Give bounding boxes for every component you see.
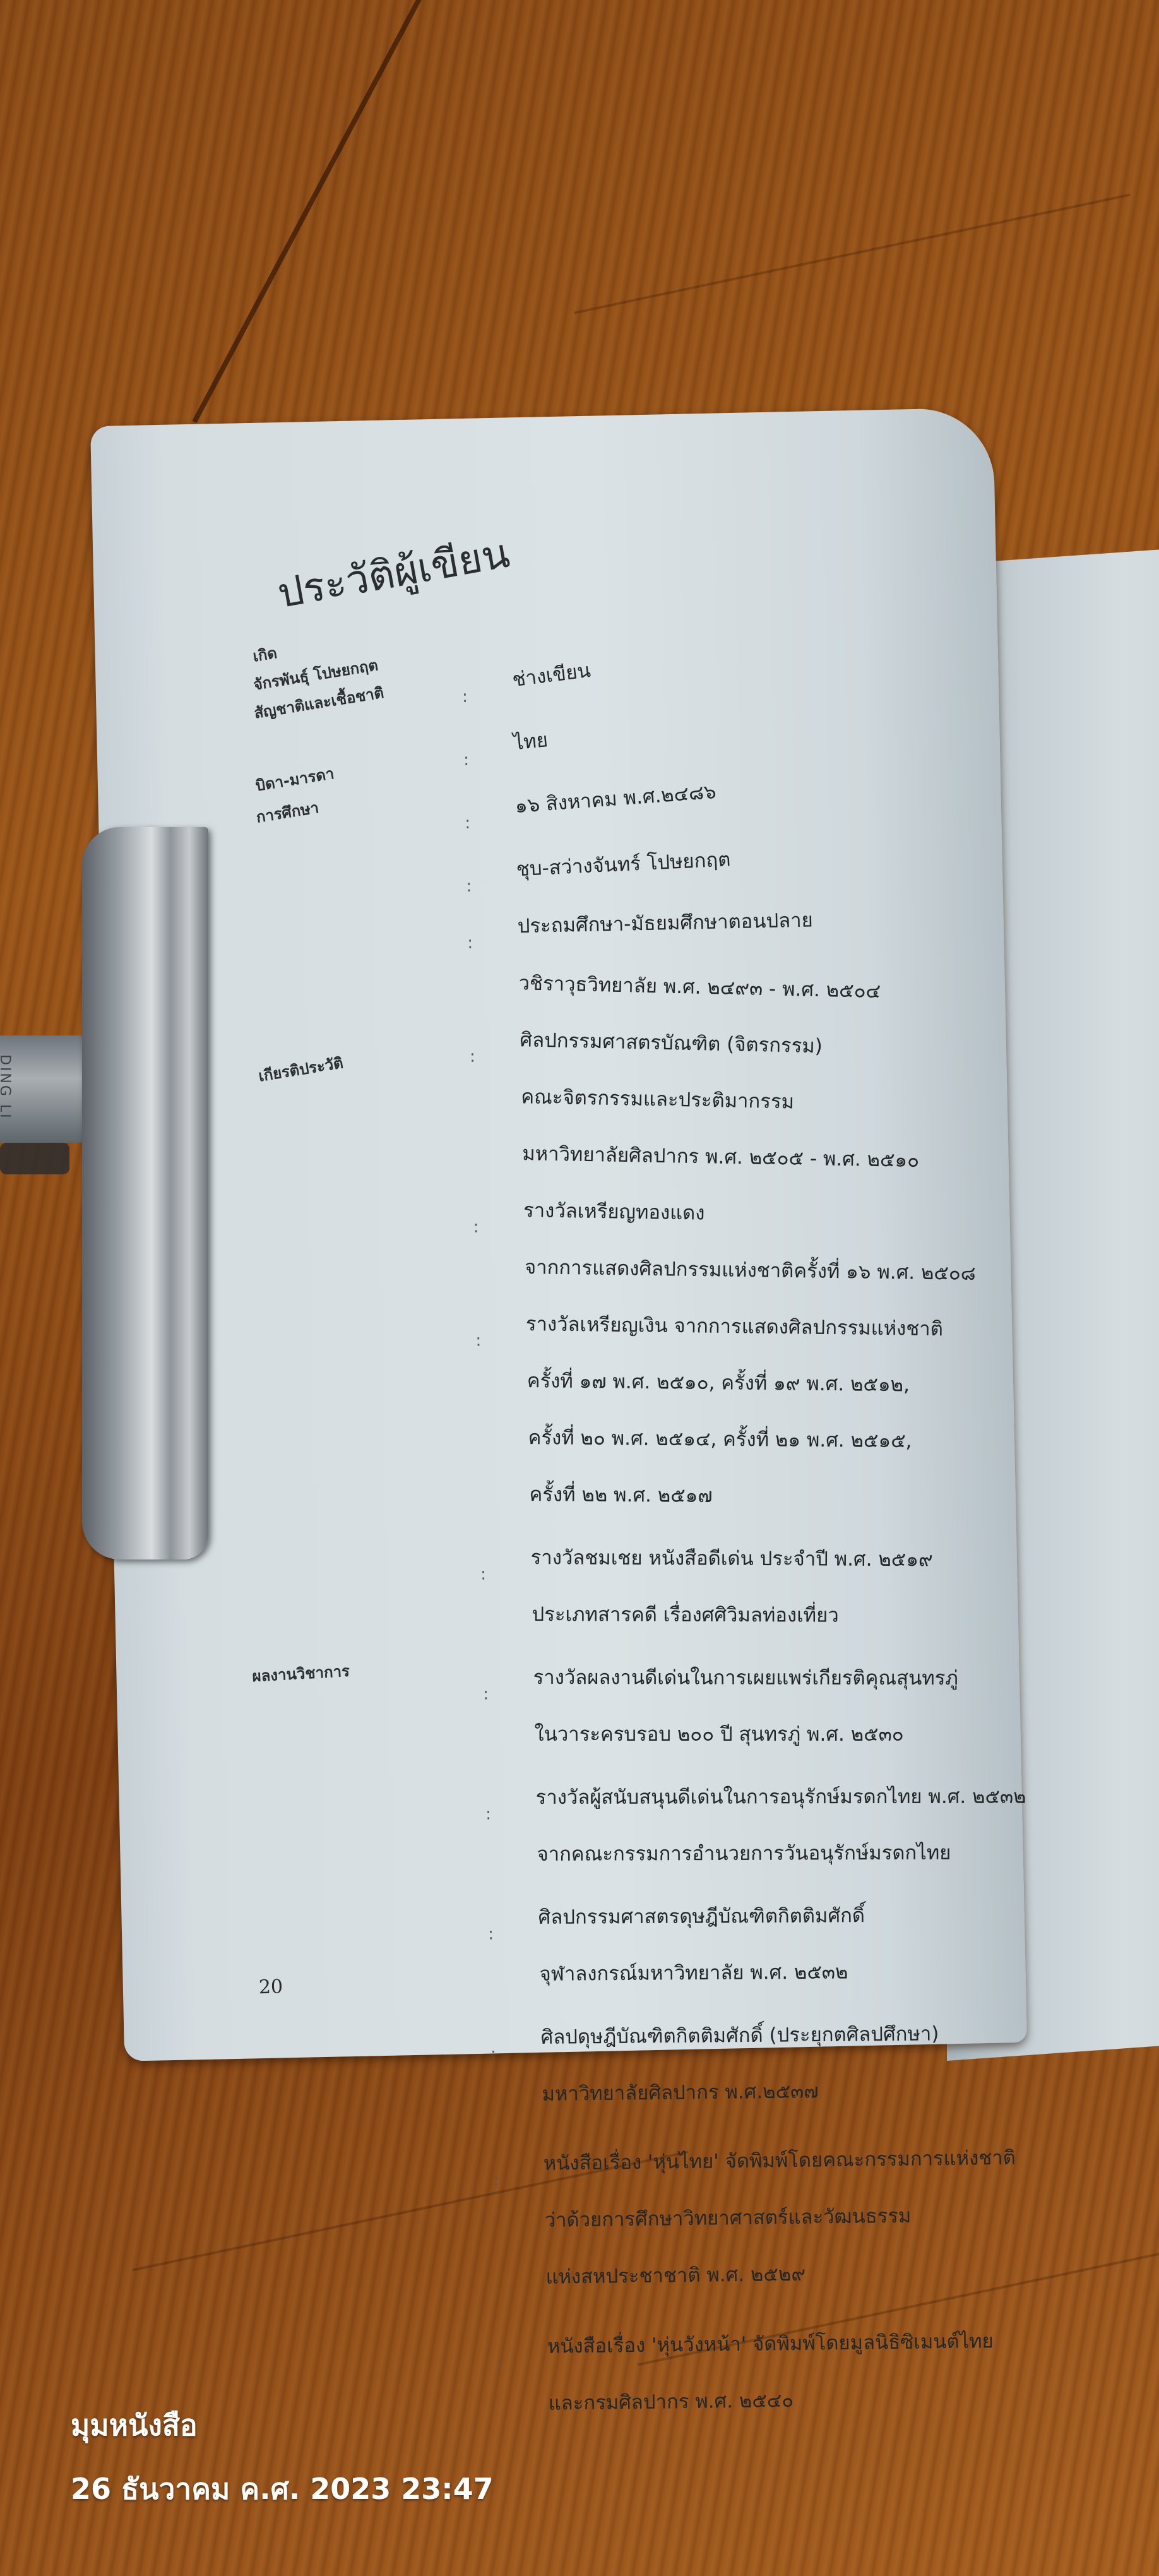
entry-row: :รางวัลเหรียญเงิน จากการแสดงศิลปกรรมแห่ง… [109, 1297, 1013, 1361]
entry-value: ศิลปกรรมศาสตรบัณฑิต (จิตรกรรม) [520, 1023, 823, 1061]
entry-value: หนังสือเรื่อง 'หุ่นไทย' จัดพิมพ์โดยคณะกร… [543, 2142, 1016, 2179]
entry-colon: : [483, 1685, 489, 1703]
entry-row: ในวาระครบรอบ ๒๐๐ ปี สุนทรภู่ พ.ศ. ๒๕๓๐ [117, 1708, 1021, 1771]
entry-colon: : [462, 688, 468, 707]
entry-row: ประเภทสารคดี เรื่องศศิวิมลท่องเที่ยว [115, 1588, 1018, 1651]
entry-value: แห่งสหประชาชาติ พ.ศ. ๒๕๒๙ [545, 2258, 805, 2293]
wood-crack [192, 0, 434, 423]
entry-row: :ศิลปกรรมศาสตรบัณฑิต (จิตรกรรม) [103, 1013, 1006, 1076]
entry-colon: : [465, 814, 470, 833]
entry-value: จากการแสดงศิลปกรรมแห่งชาติครั้งที่ ๑๖ พ.… [525, 1251, 976, 1289]
book-page: ประวัติผู้เขียน จักรพันธุ์ โปษยกฤต:ช่างเ… [90, 407, 1027, 2061]
entry-value: รางวัลเหรียญเงิน จากการแสดงศิลปกรรมแห่งช… [526, 1308, 944, 1344]
entry-row: เกียรติประวัติจากการแสดงศิลปกรรมแห่งชาติ… [108, 1241, 1011, 1304]
entry-value: หนังสือเรื่อง 'หุ่นวังหน้า' จัดพิมพ์โดยม… [547, 2325, 994, 2362]
entry-row: จักรพันธุ์ โปษยกฤต:ช่างเขียน [95, 653, 999, 717]
watermark-title: มุมหนังสือ [71, 2402, 494, 2448]
entry-value: ครั้งที่ ๒๒ พ.ศ. ๒๕๑๗ [529, 1478, 712, 1511]
entry-value: รางวัลชมเชย หนังสือดีเด่น ประจำปี พ.ศ. ๒… [531, 1541, 933, 1575]
entry-value: มหาวิทยาลัยศิลปากร พ.ศ. ๒๕๐๕ - พ.ศ. ๒๕๑๐ [522, 1137, 920, 1176]
entry-colon: : [480, 1565, 486, 1584]
entry-colon: : [473, 1218, 478, 1237]
entry-colon: : [488, 1924, 494, 1943]
entry-colon: : [493, 2171, 499, 2190]
clip-plate [82, 827, 208, 1559]
entry-row: :รางวัลผลงานดีเด่นในการเผยแพร่เกียรติคุณ… [116, 1651, 1019, 1714]
entry-colon: : [467, 934, 473, 953]
entry-value: ช่างเขียน [510, 654, 592, 695]
page-title: ประวัติผู้เขียน [273, 521, 514, 626]
entry-colon: : [466, 877, 472, 896]
entry-row: เกิด:๑๖ สิงหาคม พ.ศ.๒๔๘๖ [98, 780, 1001, 843]
entry-value: คณะจิตรกรรมและประติมากรรม [521, 1080, 795, 1117]
entry-colon: : [490, 2044, 496, 2063]
entry-row: :รางวัลชมเชย หนังสือดีเด่น ประจำปี พ.ศ. … [114, 1531, 1017, 1594]
entry-row: ครั้งที่ ๑๗ พ.ศ. ๒๕๑๐, ครั้งที่ ๑๙ พ.ศ. … [110, 1354, 1013, 1417]
entry-value: จุฬาลงกรณ์มหาวิทยาลัย พ.ศ. ๒๕๓๒ [539, 1955, 848, 1989]
biography-entries: จักรพันธุ์ โปษยกฤต:ช่างเขียนสัญชาติและเช… [90, 407, 993, 426]
entry-value: ศิลปกรรมศาสตรดุษฎีบัณฑิตกิตติมศักดิ์ [538, 1899, 865, 1933]
entry-value: รางวัลผลงานดีเด่นในการเผยแพร่เกียรติคุณส… [533, 1661, 958, 1693]
clip-hinge [0, 1143, 69, 1174]
entry-value: วชิราวุธวิทยาลัย พ.ศ. ๒๔๙๓ - พ.ศ. ๒๕๐๔ [518, 967, 881, 1006]
entry-row: :ศิลปดุษฎีบัณฑิตกิตติมศักดิ์ (ประยุกตศิล… [124, 2011, 1027, 2074]
entry-value: ๑๖ สิงหาคม พ.ศ.๒๔๘๖ [514, 775, 717, 821]
entry-row: จากคณะกรรมการอำนวยการวันอนุรักษ์มรดกไทย [120, 1828, 1023, 1891]
binder-clip: DING LI [0, 827, 227, 1572]
entry-row: คณะจิตรกรรมและประติมากรรม [104, 1070, 1007, 1133]
entry-colon: : [470, 1047, 475, 1066]
entry-value: ศิลปดุษฎีบัณฑิตกิตติมศักดิ์ (ประยุกตศิลป… [540, 2017, 939, 2053]
entry-colon: : [475, 1332, 481, 1351]
entry-row: มหาวิทยาลัยศิลปากร พ.ศ.๒๕๓๗ [125, 2068, 1028, 2131]
entry-value: รางวัลผู้สนับสนุนดีเด่นในการอนุรักษ์มรดก… [536, 1780, 1026, 1813]
entry-value: ไทย [512, 724, 549, 758]
entry-colon: : [463, 751, 469, 770]
entry-row: แห่งสหประชาชาติ พ.ศ. ๒๕๒๙ [129, 2251, 1032, 2314]
entry-row: สัญชาติและเชื้อชาติ:ไทย [97, 717, 1000, 780]
entry-value: ชุบ-สว่างจันทร์ โปษยกฤต [516, 843, 732, 885]
watermark-timestamp: 26 ธันวาคม ค.ศ. 2023 23:47 [71, 2466, 494, 2512]
entry-value: มหาวิทยาลัยศิลปากร พ.ศ.๒๕๓๗ [542, 2075, 819, 2109]
entry-row: การศึกษา:ประถมศึกษา-มัธยมศึกษาตอนปลาย [100, 900, 1004, 963]
entry-value: ประถมศึกษา-มัธยมศึกษาตอนปลาย [517, 903, 813, 941]
page-number: 20 [259, 1976, 283, 1998]
entry-row: :ศิลปกรรมศาสตรดุษฎีบัณฑิตกิตติมศักดิ์ [121, 1891, 1025, 1954]
entry-value: รางวัลเหรียญทองแดง [523, 1194, 705, 1229]
entry-row: ครั้งที่ ๒๒ พ.ศ. ๒๕๑๗ [112, 1468, 1016, 1531]
entry-row: ผลงานวิชาการ:หนังสือเรื่อง 'หุ่นไทย' จัด… [126, 2137, 1030, 2200]
entry-value: ว่าด้วยการศึกษาวิทยาศาสตร์และวัฒนธรรม [544, 2200, 911, 2236]
entry-value: ประเภทสารคดี เรื่องศศิวิมลท่องเที่ยว [532, 1598, 838, 1631]
photo-watermark: มุมหนังสือ 26 ธันวาคม ค.ศ. 2023 23:47 [71, 2402, 494, 2512]
entry-row: วชิราวุธวิทยาลัย พ.ศ. ๒๔๙๓ - พ.ศ. ๒๕๐๔ [102, 957, 1005, 1020]
entry-row: บิดา-มารดา:ชุบ-สว่างจันทร์ โปษยกฤต [99, 843, 1002, 906]
entry-value: และกรมศิลปากร พ.ศ. ๒๕๔๐ [548, 2384, 793, 2419]
entry-row: :รางวัลเหรียญทองแดง [107, 1184, 1010, 1247]
entry-row: ว่าด้วยการศึกษาวิทยาศาสตร์และวัฒนธรรม [128, 2194, 1031, 2257]
entry-colon: : [497, 2354, 502, 2373]
entry-row: :รางวัลผู้สนับสนุนดีเด่นในการอนุรักษ์มรด… [119, 1771, 1022, 1834]
entry-value: ครั้งที่ ๑๗ พ.ศ. ๒๕๑๐, ครั้งที่ ๑๙ พ.ศ. … [527, 1364, 910, 1400]
entry-colon: : [485, 1804, 491, 1823]
entry-value: ครั้งที่ ๒๐ พ.ศ. ๒๕๑๔, ครั้งที่ ๒๑ พ.ศ. … [528, 1421, 912, 1456]
entry-row: ครั้งที่ ๒๐ พ.ศ. ๒๕๑๔, ครั้งที่ ๒๑ พ.ศ. … [111, 1411, 1014, 1474]
wood-grain [574, 193, 1130, 314]
entry-label: เกิด [251, 640, 279, 669]
entry-row: มหาวิทยาลัยศิลปากร พ.ศ. ๒๕๐๕ - พ.ศ. ๒๕๑๐ [105, 1127, 1009, 1190]
entry-row: :หนังสือเรื่อง 'หุ่นวังหน้า' จัดพิมพ์โดย… [130, 2320, 1033, 2383]
clip-engraving: DING LI [0, 1054, 13, 1120]
entry-value: ในวาระครบรอบ ๒๐๐ ปี สุนทรภู่ พ.ศ. ๒๕๓๐ [535, 1718, 904, 1750]
entry-value: จากคณะกรรมการอำนวยการวันอนุรักษ์มรดกไทย [537, 1837, 951, 1869]
